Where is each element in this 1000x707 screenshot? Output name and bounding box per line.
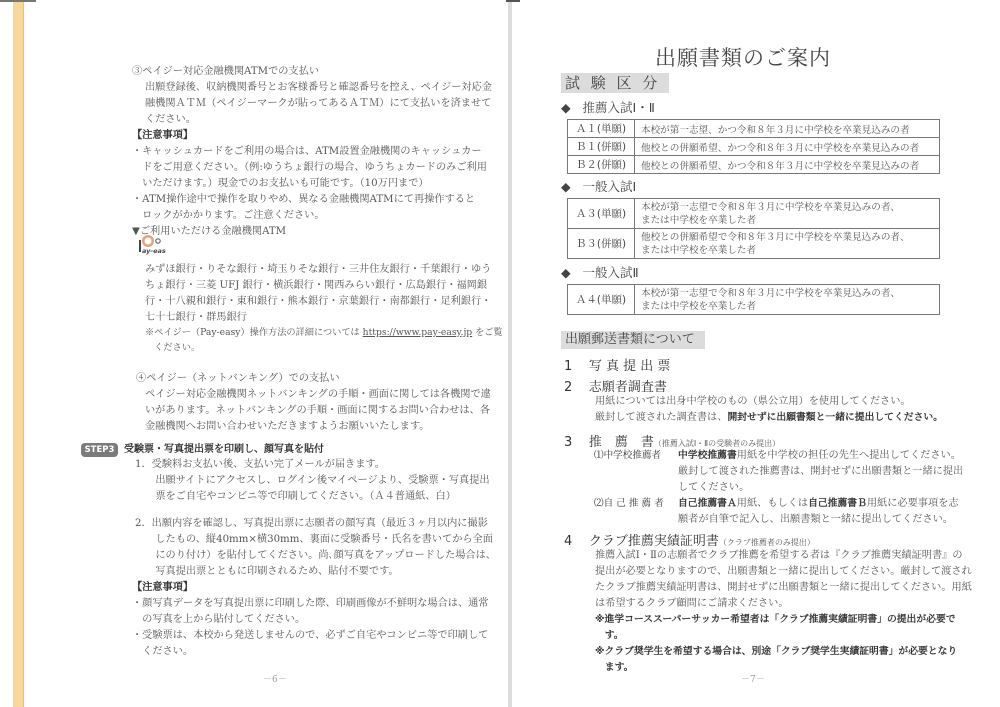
notes-heading: 【注意事項】	[132, 128, 193, 144]
section4-body-line: いがあります。ネットバンキングの手順・画面に関するお問い合わせは、各	[145, 403, 490, 419]
item4-note-line: す。	[595, 628, 624, 644]
step3-note-line: ・受験票は、本校から発送しませんので、必ずご自宅やコンビニ等で印刷して	[132, 628, 488, 644]
item4-body-line: たクラブ推薦実績証明書は、開封せずに出願書類と一緒に提出してください。用紙	[595, 580, 972, 596]
diamond-bullet-icon: ◆	[561, 179, 571, 194]
note-line: いただけます。）現金でのお支払いも可能です。（10万円まで）	[132, 176, 429, 192]
item2-body-line: 用紙については出身中学校のもの（県公立用）を使用してください。	[595, 394, 911, 410]
step3-note-line: の写真を上から貼付してください。	[132, 612, 305, 628]
plain-text: 用紙を中学校の担任の先生へ提出してください。	[737, 450, 961, 461]
gutter-top-mark	[506, 0, 520, 2]
item-number: 4	[564, 534, 572, 549]
item4-body-line: は希望するクラブ顧問にご請求ください。	[595, 596, 789, 612]
diamond-bullet-icon: ◆	[561, 265, 571, 280]
item2-heading: 2 志願者調査書	[564, 376, 667, 395]
item-number: 3	[564, 435, 572, 450]
emphasis-text: 中学校推薦書	[678, 450, 737, 461]
page-gutter	[508, 0, 512, 707]
item-number: 2	[564, 380, 572, 395]
payeasy-link[interactable]: https://www.pay-easy.jp	[363, 327, 473, 338]
step3-notes-heading: 【注意事項】	[132, 580, 193, 596]
binding-edge-left	[13, 0, 24, 707]
page-number-6: －6－	[263, 672, 287, 685]
item2-body-line2: 厳封して渡された調査書は、開封せずに出願書類と一緒に提出してください。	[595, 410, 943, 426]
item4-note-line: ※クラブ奨学生を希望する場合は、別途「クラブ奨学生実績証明書」が必要となり	[595, 644, 957, 660]
step3-note-line: ください。	[132, 644, 193, 660]
sub1-label: ⑴中学校推薦者	[594, 448, 661, 464]
table-row: Ａ３(単願)本校が第一志望で令和８年３月に中学校を卒業見込みの者、または中学校を…	[568, 199, 940, 229]
desc-line: 本校が第一志望で令和８年３月に中学校を卒業見込みの者、	[641, 288, 900, 299]
group-heading-ippan2: ◆ 一般入試Ⅱ	[561, 263, 639, 281]
emphasis-text: 開封せずに出願書類と一緒に提出してください。	[727, 412, 943, 423]
sub2-line: 自己推薦書Ａ用紙、もしくは自己推薦書Ｂ用紙に必要事項を志	[678, 496, 959, 512]
bank-list-line: みずほ銀行・りそな銀行・埼玉りそな銀行・三井住友銀行・千葉銀行・ゆう	[145, 262, 491, 278]
group-label: 一般入試Ⅱ	[583, 265, 639, 280]
mail-section-heading: 出願郵送書類について	[561, 331, 705, 349]
step3-item1-line: 1．受験料お支払い後、支払い完了メールが届きます。	[135, 457, 385, 473]
item-note: （推薦入試Ⅰ・Ⅱの受験者のみ提出）	[654, 439, 780, 448]
section4-body-line: ペイジー対応金融機関ネットバンキングの手順・画面に関しては各機関で違	[145, 387, 491, 403]
step3-item2-line: にのり付け）を貼付してください。尚､顔写真をアップロードした場合は、	[135, 548, 496, 564]
bank-list-line: 七十七銀行・群馬銀行	[145, 310, 247, 326]
group-label: 一般入試Ⅰ	[583, 179, 637, 194]
link-note-suffix: をご覧	[472, 327, 502, 338]
table-row: Ｂ３(併願)他校との併願希望で令和８年３月に中学校を卒業見込みの者、または中学校…	[568, 229, 940, 259]
item-number: 1	[564, 359, 572, 374]
section3-body-line: 融機関ＡＴＭ（ペイジーマークが貼ってあるＡＴＭ）にて支払いを済ませて	[145, 96, 491, 112]
sub1-line: 中学校推薦書用紙を中学校の担任の先生へ提出してください。	[678, 448, 961, 464]
sub2-line: 願者が自筆で記入し、出願書類と一緒に提出してください。	[678, 512, 953, 528]
group-label: 推薦入試Ⅰ・Ⅱ	[583, 100, 655, 115]
item4-body-line: 提出が必要となりますので、出願書類と一緒に提出してください。厳封して渡され	[595, 564, 972, 580]
desc-line: 本校が第一志望で令和８年３月に中学校を卒業見込みの者、	[641, 202, 900, 213]
exam-code: Ｂ２(併願)	[568, 156, 635, 174]
item-title: 志願者調査書	[589, 380, 667, 395]
item-title: クラブ推薦実績証明書	[589, 534, 719, 549]
svg-text:ay-easy: ay-easy	[142, 247, 166, 255]
item-title: 写 真 提 出 票	[589, 359, 671, 374]
item4-note-line: ※進学コーススーパーサッカー希望者は「クラブ推薦実績証明書」の提出が必要で	[595, 612, 956, 628]
payeasy-link-note: ※ペイジー（Pay-easy）操作方法の詳細については https://www.…	[145, 325, 503, 341]
exam-code: Ｂ１(併願)	[568, 138, 635, 156]
item4-heading: 4 クラブ推薦実績証明書（クラブ推薦者のみ提出）	[564, 530, 815, 549]
exam-desc: 本校が第一志望、かつ令和８年３月に中学校を卒業見込みの者	[635, 120, 940, 138]
section3-body-line: ください。	[145, 112, 196, 128]
step3-title: 受験票・写真提出票を印刷し、顔写真を貼付	[124, 442, 324, 458]
exam-desc: 本校が第一志望で令和８年３月に中学校を卒業見込みの者、または中学校を卒業した者	[635, 199, 940, 229]
step3-item1-line: 票をご自宅やコンビニ等で印刷してください。（Ａ４普通紙、白）	[135, 489, 456, 505]
desc-line: または中学校を卒業した者	[641, 215, 756, 226]
item4-note-line: ます。	[595, 660, 633, 676]
step3-note-line: ・顔写真データを写真提出票に印刷した際、印刷画像が不鮮明な場合は、通常	[132, 596, 489, 612]
table-row: Ｂ１(併願)他校との併願希望、かつ令和８年３月に中学校を卒業見込みの者	[568, 138, 940, 156]
exam-desc: 他校との併願希望、かつ令和８年３月に中学校を卒業見込みの者	[635, 138, 940, 156]
desc-line: または中学校を卒業した者	[641, 245, 756, 256]
link-note-line2: ください。	[145, 340, 200, 356]
section3-heading: ③ペイジー対応金融機関ATMでの支払い	[132, 64, 319, 80]
step3-badge: STEP3	[81, 443, 118, 457]
step3-item2-line: 2．出願内容を確認し、写真提出票に志願者の顔写真（最近３ヶ月以内に撮影	[135, 516, 488, 532]
exam-table-ippan2: Ａ４(単願)本校が第一志望で令和８年３月に中学校を卒業見込みの者、または中学校を…	[567, 284, 940, 315]
table-row: Ａ１(単願)本校が第一志望、かつ令和８年３月に中学校を卒業見込みの者	[568, 120, 940, 138]
desc-line: 他校との併願希望で令和８年３月に中学校を卒業見込みの者、	[641, 232, 910, 243]
payeasy-logo-icon: ay-easy	[138, 234, 166, 256]
sub2-label: ⑵自 己 推 薦 者	[594, 496, 664, 512]
group-heading-suisen: ◆ 推薦入試Ⅰ・Ⅱ	[561, 98, 655, 116]
note-line: ・キャッシュカードをご利用の場合は、ATM設置金融機関のキャッシュカー	[132, 144, 482, 160]
exam-table-ippan1: Ａ３(単願)本校が第一志望で令和８年３月に中学校を卒業見込みの者、または中学校を…	[567, 198, 940, 259]
group-heading-ippan1: ◆ 一般入試Ⅰ	[561, 177, 636, 195]
step3-item2-line: 写真提出票とともに印刷されるため、貼付不要です。	[135, 564, 399, 580]
exam-desc: 本校が第一志望で令和８年３月に中学校を卒業見込みの者、または中学校を卒業した者	[635, 285, 940, 315]
plain-text: 用紙、もしくは	[737, 498, 808, 509]
table-row: Ｂ２(併願)他校との併願希望、かつ令和８年３月に中学校を卒業見込みの者	[568, 156, 940, 174]
table-row: Ａ４(単願)本校が第一志望で令和８年３月に中学校を卒業見込みの者、または中学校を…	[568, 285, 940, 315]
note-line: ロックがかかります。ご注意ください。	[132, 208, 325, 224]
sub1-line: 厳封して渡された推薦書は、開封せずに出願書類と一緒に提出	[678, 464, 963, 480]
bank-list-line: 行・十八親和銀行・東和銀行・熊本銀行・京葉銀行・南都銀行・足利銀行・	[145, 294, 491, 310]
emphasis-text: 自己推薦書Ａ	[678, 498, 737, 509]
diamond-bullet-icon: ◆	[561, 100, 571, 115]
binding-edge-top	[0, 0, 36, 2]
link-note-prefix: ※ペイジー（Pay-easy）操作方法の詳細については	[145, 327, 363, 338]
item-note: （クラブ推薦者のみ提出）	[719, 538, 815, 547]
exam-section-heading: 試 験 区 分	[561, 73, 669, 93]
page-title: 出願書類のご案内	[655, 42, 831, 72]
exam-code: Ａ３(単願)	[568, 199, 635, 229]
note-line: ・ATM操作途中で操作を取りやめ、異なる金融機関ATMにて再操作すると	[132, 192, 475, 208]
emphasis-text: 自己推薦書Ｂ	[808, 498, 867, 509]
exam-table-suisen: Ａ１(単願)本校が第一志望、かつ令和８年３月に中学校を卒業見込みの者 Ｂ１(併願…	[567, 119, 940, 174]
step3-item1-line: 出願サイトにアクセスし、ログイン後マイページより、受験票・写真提出	[135, 473, 490, 489]
page-number-7: －7－	[741, 672, 765, 685]
item1-heading: 1 写 真 提 出 票	[564, 355, 670, 374]
section4-body-line: 金融機関へお問い合わせいただきますようお願いいたします。	[145, 419, 429, 435]
section3-body-line: 出願登録後、収納機関番号とお客様番号と確認番号を控え、ペイジー対応金	[145, 80, 492, 96]
plain-text: 用紙に必要事項を志	[867, 498, 959, 509]
exam-code: Ｂ３(併願)	[568, 229, 635, 259]
exam-code: Ａ１(単願)	[568, 120, 635, 138]
note-line: ドをご用意ください。（例:ゆうちょ銀行の場合、ゆうちょカードのみご利用	[132, 160, 487, 176]
desc-line: または中学校を卒業した者	[641, 301, 756, 312]
exam-code: Ａ４(単願)	[568, 285, 635, 315]
step3-item2-line: したもの、縦40mm×横30mm、裏面に受験番号・氏名を書いてから全面	[135, 532, 493, 548]
section4-heading: ④ペイジー（ネットバンキング）での支払い	[136, 371, 340, 387]
item4-body-line: 推薦入試Ⅰ・Ⅱの志願者でクラブ推薦を希望する者は『クラブ推薦実績証明書』の	[595, 548, 963, 564]
plain-text: 厳封して渡された調査書は、	[595, 412, 727, 423]
exam-desc: 他校との併願希望で令和８年３月に中学校を卒業見込みの者、または中学校を卒業した者	[635, 229, 940, 259]
sub1-line: してください。	[678, 480, 749, 496]
bank-list-line: ちょ銀行・三菱 UFJ 銀行・横浜銀行・関西みらい銀行・広島銀行・福岡銀	[145, 278, 487, 294]
exam-desc: 他校との併願希望、かつ令和８年３月に中学校を卒業見込みの者	[635, 156, 940, 174]
